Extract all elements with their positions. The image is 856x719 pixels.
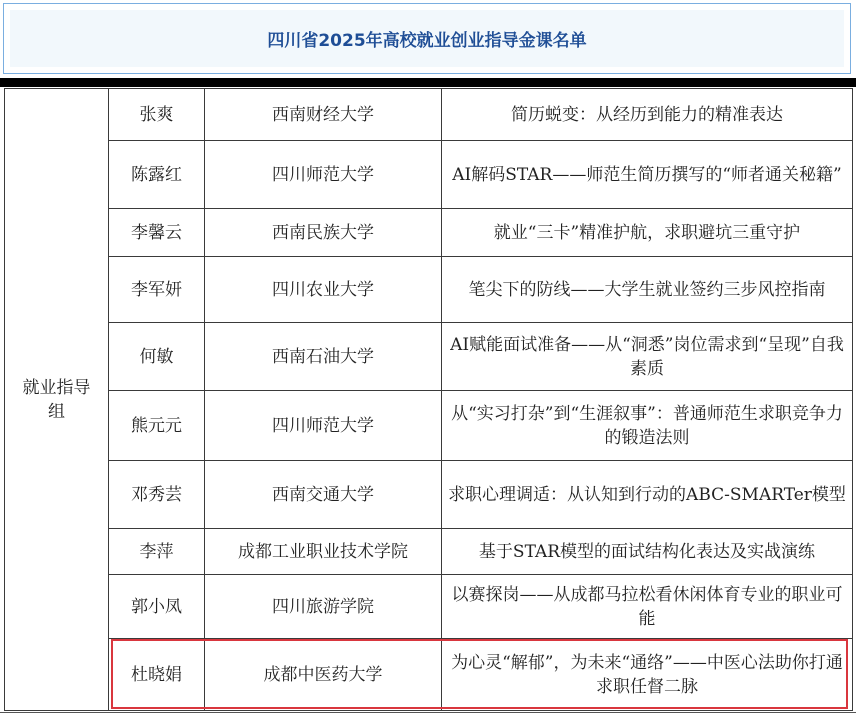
table-row: 陈露红 四川师范大学 AI解码STAR——师范生简历撰写的“师者通关秘籍” xyxy=(5,141,853,209)
table-row: 李军妍 四川农业大学 笔尖下的防线——大学生就业签约三步风控指南 xyxy=(5,257,853,323)
course-title: 基于STAR模型的面试结构化表达及实战演练 xyxy=(442,529,853,575)
school-name: 四川旅游学院 xyxy=(205,575,442,639)
teacher-name: 何敏 xyxy=(109,323,205,391)
school-name: 西南交通大学 xyxy=(205,461,442,529)
course-title: 求职心理调适：从认知到行动的ABC-SMARTer模型 xyxy=(442,461,853,529)
table-row: 熊元元 四川师范大学 从“实习打杂”到“生涯叙事”：普通师范生求职竞争力的锻造法… xyxy=(5,391,853,461)
course-title: 就业“三卡”精准护航，求职避坑三重守护 xyxy=(442,209,853,257)
table-row: 李馨云 西南民族大学 就业“三卡”精准护航，求职避坑三重守护 xyxy=(5,209,853,257)
course-title: 简历蜕变：从经历到能力的精准表达 xyxy=(442,89,853,141)
teacher-name: 杜晓娟 xyxy=(109,639,205,711)
table-row: 何敏 西南石油大学 AI赋能面试准备——从“洞悉”岗位需求到“呈现”自我素质 xyxy=(5,323,853,391)
teacher-name: 张爽 xyxy=(109,89,205,141)
group-label: 就业指导组 xyxy=(17,376,97,424)
table-row-highlighted: 杜晓娟 成都中医药大学 为心灵“解郁”，为未来“通络”——中医心法助你打通求职任… xyxy=(5,639,853,711)
teacher-name: 郭小凤 xyxy=(109,575,205,639)
page-title: 四川省2025年高校就业创业指导金课名单 xyxy=(267,26,586,51)
school-name: 四川农业大学 xyxy=(205,257,442,323)
course-title: 为心灵“解郁”，为未来“通络”——中医心法助你打通求职任督二脉 xyxy=(442,639,853,711)
teacher-name: 李军妍 xyxy=(109,257,205,323)
teacher-name: 李萍 xyxy=(109,529,205,575)
school-name: 西南民族大学 xyxy=(205,209,442,257)
course-title: 笔尖下的防线——大学生就业签约三步风控指南 xyxy=(442,257,853,323)
table-row: 李萍 成都工业职业技术学院 基于STAR模型的面试结构化表达及实战演练 xyxy=(5,529,853,575)
table-row: 就业指导组 张爽 西南财经大学 简历蜕变：从经历到能力的精准表达 xyxy=(5,89,853,141)
title-banner-inner: 四川省2025年高校就业创业指导金课名单 xyxy=(10,10,844,67)
school-name: 西南财经大学 xyxy=(205,89,442,141)
course-title: 从“实习打杂”到“生涯叙事”：普通师范生求职竞争力的锻造法则 xyxy=(442,391,853,461)
table-row: 郭小凤 四川旅游学院 以赛探岗——从成都马拉松看休闲体育专业的职业可能 xyxy=(5,575,853,639)
course-table: 就业指导组 张爽 西南财经大学 简历蜕变：从经历到能力的精准表达 陈露红 四川师… xyxy=(4,88,853,711)
course-title: AI赋能面试准备——从“洞悉”岗位需求到“呈现”自我素质 xyxy=(442,323,853,391)
school-name: 四川师范大学 xyxy=(205,141,442,209)
separator-bar xyxy=(0,78,856,87)
school-name: 成都中医药大学 xyxy=(205,639,442,711)
teacher-name: 邓秀芸 xyxy=(109,461,205,529)
school-name: 四川师范大学 xyxy=(205,391,442,461)
school-name: 西南石油大学 xyxy=(205,323,442,391)
table-row: 邓秀芸 西南交通大学 求职心理调适：从认知到行动的ABC-SMARTer模型 xyxy=(5,461,853,529)
title-banner: 四川省2025年高校就业创业指导金课名单 xyxy=(3,3,851,74)
teacher-name: 熊元元 xyxy=(109,391,205,461)
table-bottom-edge xyxy=(0,712,856,719)
group-cell: 就业指导组 xyxy=(5,89,109,711)
course-title: 以赛探岗——从成都马拉松看休闲体育专业的职业可能 xyxy=(442,575,853,639)
school-name: 成都工业职业技术学院 xyxy=(205,529,442,575)
teacher-name: 李馨云 xyxy=(109,209,205,257)
course-title: AI解码STAR——师范生简历撰写的“师者通关秘籍” xyxy=(442,141,853,209)
teacher-name: 陈露红 xyxy=(109,141,205,209)
